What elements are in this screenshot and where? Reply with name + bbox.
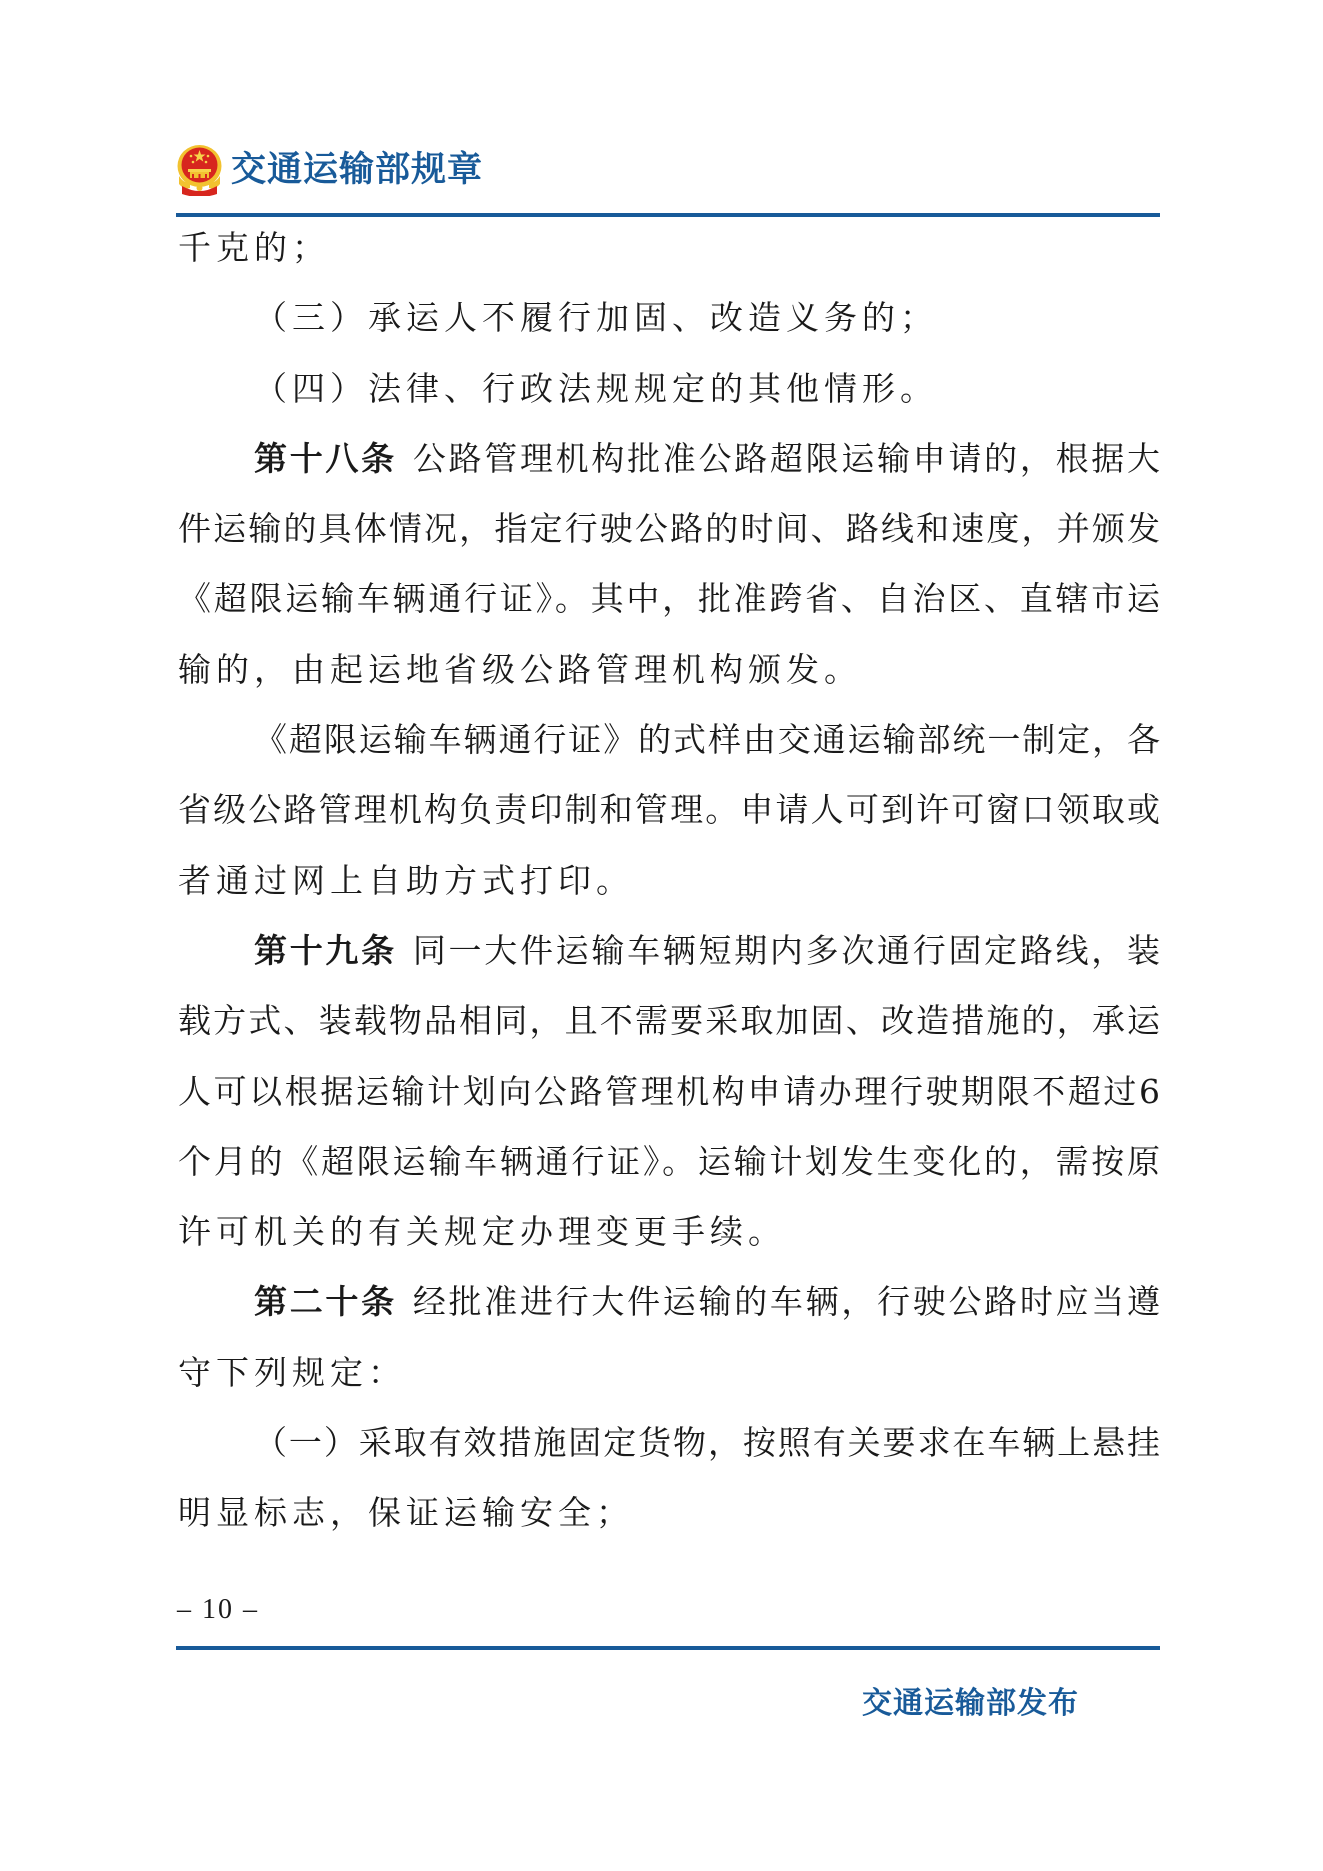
text-line: 个月的《超限运输车辆通行证》。运输计划发生变化的，需按原 [178,1140,1160,1210]
line-text: 经批准进行大件运输的车辆，行驶公路时应当遵 [413,1282,1160,1321]
text-line: 省级公路管理机构负责印制和管理。申请人可到许可窗口领取或 [178,788,1160,858]
text-line: 许可机关的有关规定办理变更手续。 [178,1210,1160,1280]
line-text: 人可以根据运输计划向公路管理机构申请办理行驶期限不超过6 [178,1072,1160,1111]
footer-divider [176,1646,1160,1650]
text-line: 件运输的具体情况，指定行驶公路的时间、路线和速度，并颁发 [178,507,1160,577]
text-line: 输的，由起运地省级公路管理机构颁发。 [178,648,1160,718]
line-text: 件运输的具体情况，指定行驶公路的时间、路线和速度，并颁发 [178,509,1160,548]
document-body: 千克的； （三）承运人不履行加固、改造义务的； （四）法律、行政法规规定的其他情… [178,226,1160,1562]
article-number: 第十八条 [254,439,397,478]
text-line: 千克的； [178,226,1160,296]
article-number: 第二十条 [254,1282,397,1321]
article-number: 第十九条 [254,931,397,970]
text-line: （一）采取有效措施固定货物，按照有关要求在车辆上悬挂 [178,1421,1160,1491]
line-text: 明显标志，保证运输安全； [178,1493,634,1532]
footer-publisher: 交通运输部发布 [862,1678,1079,1722]
text-line: （三）承运人不履行加固、改造义务的； [178,296,1160,366]
text-line: 明显标志，保证运输安全； [178,1491,1160,1561]
line-text: 个月的《超限运输车辆通行证》。运输计划发生变化的，需按原 [178,1142,1160,1181]
line-text: 《超限运输车辆通行证》。其中，批准跨省、自治区、直辖市运 [178,579,1160,618]
line-text: （三）承运人不履行加固、改造义务的； [254,298,938,337]
text-line: 者通过网上自助方式打印。 [178,859,1160,929]
header-divider [176,213,1160,217]
line-text: 公路管理机构批准公路超限运输申请的，根据大 [413,439,1160,478]
article-20-heading-line: 第二十条经批准进行大件运输的车辆，行驶公路时应当遵 [178,1280,1160,1350]
line-text: 许可机关的有关规定办理变更手续。 [178,1212,786,1251]
line-text: （四）法律、行政法规规定的其他情形。 [254,369,938,408]
text-line: 《超限运输车辆通行证》。其中，批准跨省、自治区、直辖市运 [178,577,1160,647]
line-text: 《超限运输车辆通行证》的式样由交通运输部统一制定，各 [254,720,1160,759]
text-line: 《超限运输车辆通行证》的式样由交通运输部统一制定，各 [178,718,1160,788]
line-text: 输的，由起运地省级公路管理机构颁发。 [178,650,862,689]
line-text: 载方式、装载物品相同，且不需要采取加固、改造措施的，承运 [178,1001,1160,1040]
document-header: 交通运输部规章 [176,140,483,200]
header-title: 交通运输部规章 [231,153,483,188]
text-line: 人可以根据运输计划向公路管理机构申请办理行驶期限不超过6 [178,1070,1160,1140]
page-number: – 10 – [177,1594,259,1626]
line-text: 同一大件运输车辆短期内多次通行固定路线，装 [413,931,1160,970]
line-text: 者通过网上自助方式打印。 [178,861,634,900]
line-text: 守下列规定： [178,1353,406,1392]
line-text: 省级公路管理机构负责印制和管理。申请人可到许可窗口领取或 [178,790,1160,829]
line-text: （一）采取有效措施固定货物，按照有关要求在车辆上悬挂 [254,1423,1160,1462]
text-line: （四）法律、行政法规规定的其他情形。 [178,367,1160,437]
article-19-heading-line: 第十九条同一大件运输车辆短期内多次通行固定路线，装 [178,929,1160,999]
national-emblem-icon [176,144,223,196]
line-text: 千克的； [178,228,330,267]
article-18-heading-line: 第十八条公路管理机构批准公路超限运输申请的，根据大 [178,437,1160,507]
text-line: 载方式、装载物品相同，且不需要采取加固、改造措施的，承运 [178,999,1160,1069]
text-line: 守下列规定： [178,1351,1160,1421]
